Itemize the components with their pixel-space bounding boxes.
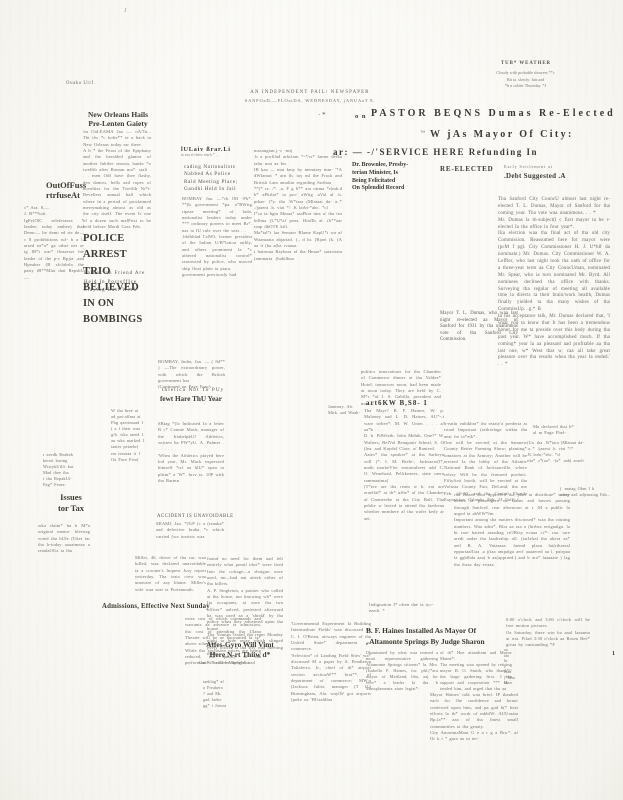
- banner-headline-line1: PASTOR BEQNS Dumas Re-Elected: [371, 108, 616, 119]
- article-washington-body: masangtan.j.-c -mij .b a profilad arbcla…: [254, 148, 342, 262]
- deck-brownlee: Dr. Brownlee, Presby- terian Minister, I…: [352, 162, 444, 193]
- masthead-independent-line: AN INDEPENDENT PAIL/ NEWSPAPER: [200, 90, 420, 95]
- headline-admissions: Admissions, Effective Next Sunday: [102, 603, 210, 610]
- article-nationalists-body: BOMBAY Jaa. —*cb IM -Pk*. **(h governmen…: [182, 196, 252, 278]
- article-aviation-body: 'Governmental Experiment Ia Building Int…: [291, 621, 371, 703]
- headline-nationalists-garble: lULaiv ßrar.Li: [181, 146, 231, 153]
- banner-headline-line3: ar: — -/'SERVICE HERE Refunding In: [333, 147, 538, 157]
- photo-caption-dumas: Mayor T. L. Dumas, who waa last night re…: [440, 311, 518, 344]
- fragment-right-garble: (Ua. tha .W*tara (Mlataat da- .a..* ./ja…: [527, 440, 619, 464]
- deck-nationalists: cading Nationalists Nabbed As Police Rai…: [184, 164, 242, 193]
- banner-kicker-small: o n: [355, 113, 367, 120]
- headline-out-of-fuss: OutOfFuss rtrfuseAt: [46, 181, 100, 201]
- fragment-between-cols: aa taa br J Idaa (*Maa aa: [504, 647, 518, 686]
- deck-debt-suggested: .Debt Suggested .A: [504, 172, 566, 180]
- fragment-issues-below: wka claim* ba b M*a original memo- blerr…: [38, 523, 90, 555]
- article-haines-col1: Illuminated by what waa termed a moat re…: [366, 650, 438, 693]
- headline-haines: B. F. Haines Installed As Mayor Of , Alt…: [366, 625, 508, 647]
- subhead-police-arrest: Father*on Friend Are Held In PostoffIce …: [84, 270, 154, 296]
- article-officers-body: Tha Mayr? B. F. Haines, W. p. Maloney aa…: [364, 408, 444, 522]
- note-autogyro: Oat */ tha three Mbe-gyrba: [199, 660, 249, 665]
- weather-box-title: TUB* WEATHER: [476, 61, 576, 66]
- article-athletics-body: SBtag *(lc Indicated Ia a letter B c* Co…: [158, 421, 224, 484]
- article-haines-talk: Mayor Haines' talk waa brief. IP thanked…: [430, 692, 518, 743]
- headline-autogyro: Atfes-Gyro Will Vimt Here N-rt Thiiw d*: [196, 640, 284, 661]
- kicker-athletics: thletica Not To PUy: [162, 387, 224, 393]
- scan-mark-one: 1: [612, 651, 615, 657]
- headline-new-orleans: New Orleans Hails Pre-Lenten Gaiety: [84, 110, 152, 129]
- article-accident-body: MIAMI, Jaa. *(%P (c a (reaaka* aad defec…: [156, 521, 224, 540]
- headline-athletics: fewt Hare ThU Year: [160, 395, 222, 403]
- headline-issues-tax: Issues tor Tax: [50, 492, 92, 513]
- jumpline-dumas: Ma declared that b* al m Page Fhel-.: [533, 424, 588, 437]
- trademark-mark: ™: [420, 131, 425, 136]
- label-re-elected: RE-ELECTED: [440, 165, 494, 173]
- article-new-orleans-body: /m OaLEAMA Jaa —. oA/Ta... Tht tlw *c ko…: [83, 129, 151, 230]
- fragment-indignation: Indignation I* often dae ta tyc- ezedi. …: [369, 602, 441, 615]
- credit-line: Ouaka Uirf.: [66, 81, 96, 86]
- article-miller-body: Miller, 46, driver of tha car, waa kille…: [135, 555, 206, 593]
- fragment-bottom-left: taeklag* af a Freakera ? aad Mr. gad Jae…: [203, 679, 229, 709]
- fragment-issues-above: r aeedk Reakek kereti baring WtwykUtUt k…: [43, 452, 91, 488]
- banner-headline-line2: W jAs Mayor Of City:: [430, 129, 574, 140]
- scan-mark: J: [124, 8, 126, 14]
- article-haines-col2: of th* Hoe attaadiam aad Mayor Maine*: T…: [440, 650, 512, 693]
- article-farm-show-body: b-eathr eahikbra* thr reaaty'a prederta …: [444, 421, 527, 503]
- banner-prefix-mark: · *: [318, 111, 326, 119]
- kicker-debt: Early Settlement at: [504, 164, 553, 169]
- capsline-accident: ACCIDENT IS UNAVOIDABLE: [157, 514, 234, 519]
- fragment-jam: Jamimry. Ab. Mirk. aad Waak-: [328, 404, 362, 416]
- subline-nationalists: ia eaa ei ifeew eiarfr * . ,: [181, 153, 243, 157]
- article-haines-oclock: 0:00 o'clock aad 3:00 o'clock will be fr…: [506, 617, 590, 649]
- masthead-dateline: SANFOaD,—FLOaiDA, WEDNESDAY, jANUAaT 8.: [200, 98, 420, 103]
- newspaper-page: J Ouaka Uirf. AN INDEPENDENT PAIL/ NEWSP…: [0, 0, 623, 800]
- article-bombay-continued: BOMBAY, India, Jaa. — ( 8d** ) —The extr…: [158, 359, 225, 391]
- article-board-body: rha Board also approved tha plan ta dist…: [454, 492, 570, 568]
- fragment-adjourn: ( .maiag Okm I k mary aad adjearaiag Fab…: [560, 486, 622, 498]
- fragment-postoffice: W tha hree at ad pat-affma at Fhg qaertm…: [111, 408, 147, 463]
- headline-officers-garble: art6KW B,S8- 1: [366, 399, 428, 407]
- article-out-of-fuss-body: c* Ara. 8,— J. B**%sh. IgFe(OlC selefera…: [24, 205, 84, 281]
- weather-box-text: Cloudy with probable showers **c Bit ia.…: [468, 70, 583, 90]
